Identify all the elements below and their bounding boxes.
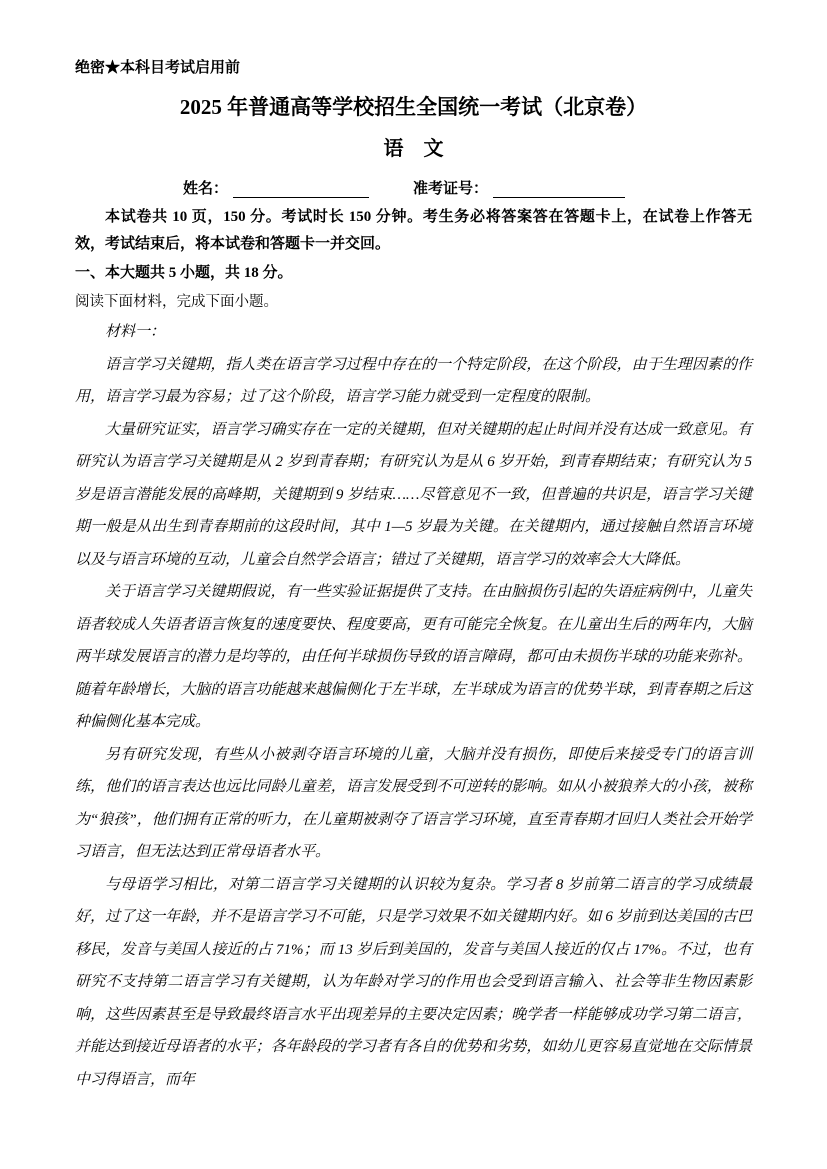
exam-title: 2025 年普通高等学校招生全国统一考试（北京卷）	[75, 92, 752, 122]
candidate-info-row: 姓名： 准考证号：	[75, 175, 752, 198]
exam-id-blank-line	[493, 180, 625, 198]
exam-id-label: 准考证号：	[413, 177, 488, 198]
material-paragraph-3: 关于语言学习关键期假说，有一些实验证据提供了支持。在由脑损伤引起的失语症病例中，…	[75, 576, 752, 739]
exam-paper-page: 绝密★本科目考试启用前 2025 年普通高等学校招生全国统一考试（北京卷） 语 …	[0, 0, 827, 1169]
subject-title: 语 文	[75, 135, 752, 163]
reading-prompt: 阅读下面材料，完成下面小题。	[75, 292, 752, 312]
material-paragraph-4: 另有研究发现，有些从小被剥夺语言环境的儿童，大脑并没有损伤，即使后来接受专门的语…	[75, 739, 752, 869]
name-blank-line	[233, 180, 369, 198]
section-one-heading: 一、本大题共 5 小题，共 18 分。	[75, 262, 752, 285]
security-classification: 绝密★本科目考试启用前	[75, 58, 752, 78]
exam-instructions: 本试卷共 10 页，150 分。考试时长 150 分钟。考生务必将答案答在答题卡…	[75, 204, 752, 258]
material-one: 材料一： 语言学习关键期，指人类在语言学习过程中存在的一个特定阶段，在这个阶段，…	[75, 316, 752, 1096]
material-paragraph-2: 大量研究证实，语言学习确实存在一定的关键期，但对关键期的起止时间并没有达成一致意…	[75, 414, 752, 577]
material-paragraph-1: 语言学习关键期，指人类在语言学习过程中存在的一个特定阶段，在这个阶段，由于生理因…	[75, 349, 752, 414]
material-one-label: 材料一：	[75, 316, 752, 349]
name-label: 姓名：	[183, 177, 228, 198]
material-paragraph-5: 与母语学习相比，对第二语言学习关键期的认识较为复杂。学习者 8 岁前第二语言的学…	[75, 869, 752, 1097]
